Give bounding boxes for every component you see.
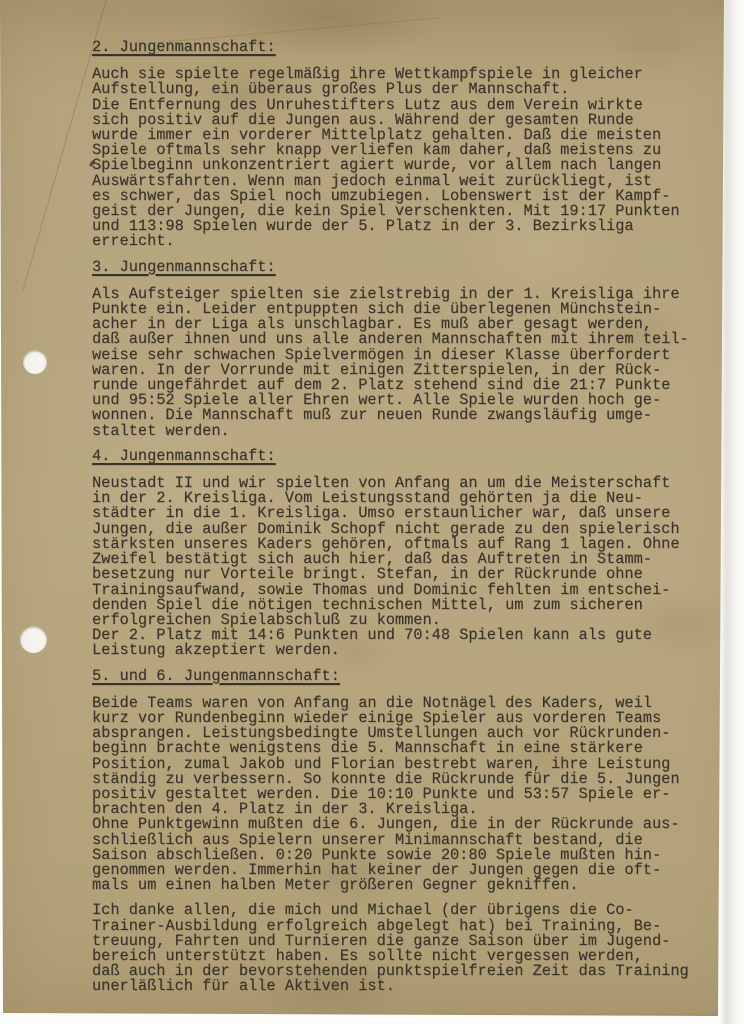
section-heading: 2. Jungenmannschaft: xyxy=(92,40,720,55)
section-heading: 3. Jungenmannschaft: xyxy=(92,260,720,275)
section-body: Ich danke allen, die mich und Michael (d… xyxy=(92,903,720,994)
section-body: Als Aufsteiger spielten sie zielstrebig … xyxy=(92,287,720,439)
section-jungenmannschaft-5-6: 5. und 6. Jungenmannschaft: Beide Teams … xyxy=(92,669,720,894)
document-content: 2. Jungenmannschaft: Auch sie spielte re… xyxy=(0,0,720,995)
section-jungenmannschaft-2: 2. Jungenmannschaft: Auch sie spielte re… xyxy=(92,40,720,250)
punch-hole-top xyxy=(23,350,47,374)
section-jungenmannschaft-3: 3. Jungenmannschaft: Als Aufsteiger spie… xyxy=(92,260,720,439)
scanner-background: 2. Jungenmannschaft: Auch sie spielte re… xyxy=(0,0,744,1024)
punch-hole-bottom xyxy=(20,626,47,653)
document-page: 2. Jungenmannschaft: Auch sie spielte re… xyxy=(0,0,744,1024)
section-heading: 5. und 6. Jungenmannschaft: xyxy=(92,669,720,684)
section-body: Neustadt II und wir spielten von Anfang … xyxy=(92,476,720,658)
section-jungenmannschaft-4: 4. Jungenmannschaft: Neustadt II und wir… xyxy=(92,449,720,659)
section-body: Beide Teams waren von Anfang an die Notn… xyxy=(92,696,720,894)
section-heading: 4. Jungenmannschaft: xyxy=(92,449,720,464)
section-body: Auch sie spielte regelmäßig ihre Wettkam… xyxy=(92,67,720,249)
section-closing-thanks: Ich danke allen, die mich und Michael (d… xyxy=(92,903,720,994)
